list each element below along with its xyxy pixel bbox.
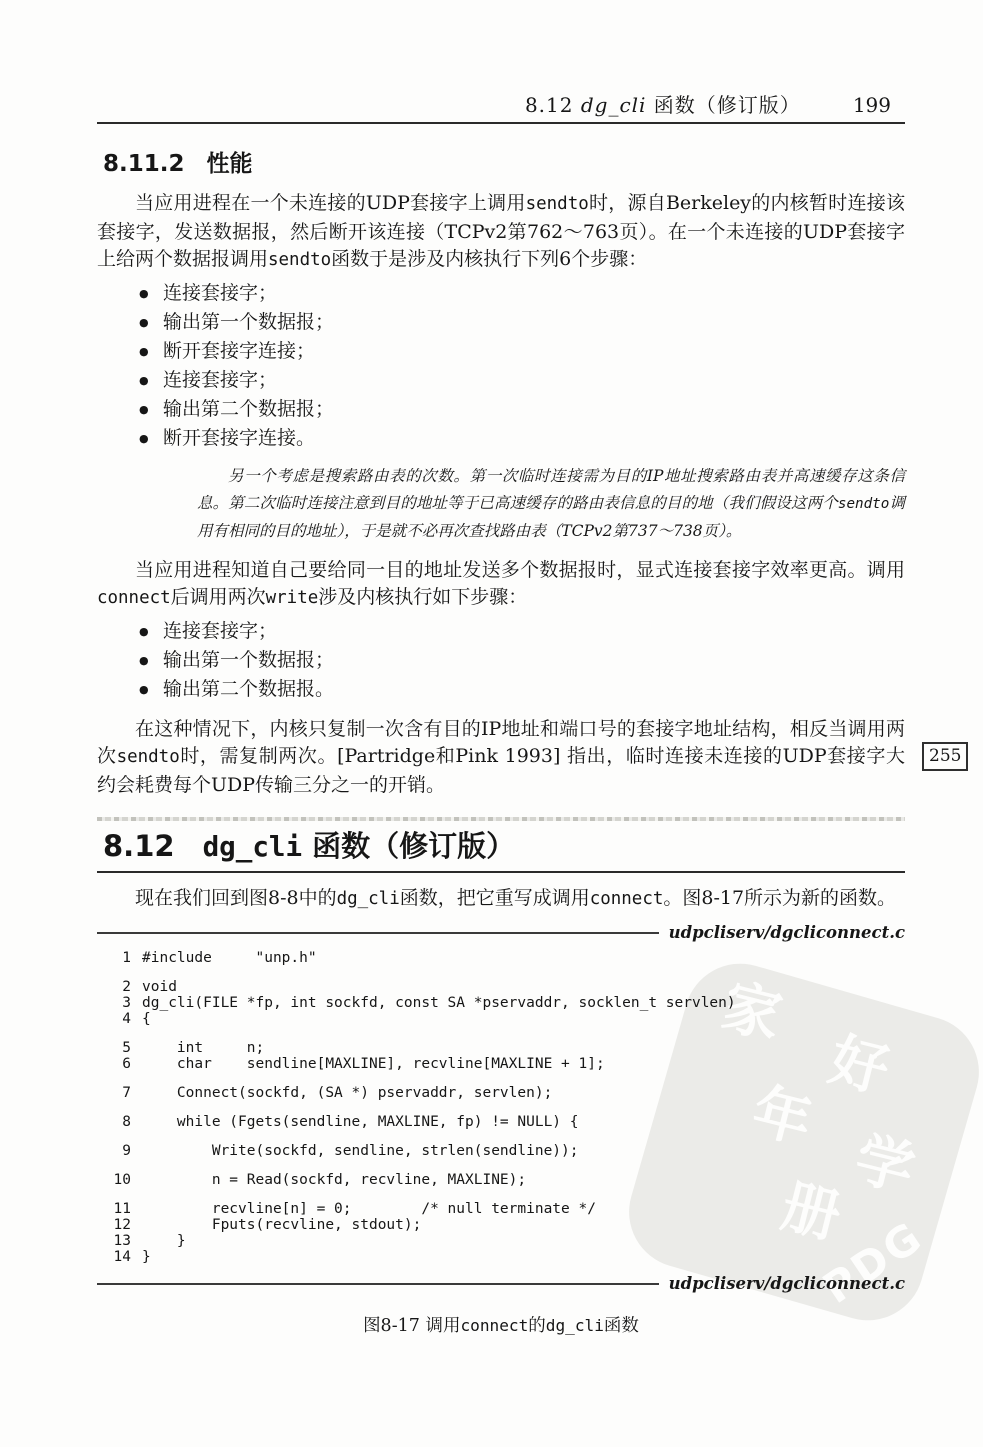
code-line-number: 12	[103, 1217, 131, 1233]
subsection-number: 8.11.2	[103, 150, 185, 178]
bullet-item: 连接套接字；	[139, 617, 905, 646]
text-run: 函数	[604, 1316, 639, 1336]
paragraph-copy-overhead: 在这种情况下，内核只复制一次含有目的IP地址和端口号的套接字地址结构，相反当调用…	[97, 716, 905, 800]
code-line-number: 11	[103, 1201, 131, 1217]
text-run: 函数（修订版）	[302, 829, 515, 863]
text-run: 当应用进程知道自己要给同一目的地址发送多个数据报时，显式连接套接字效率更高。调用	[135, 559, 905, 581]
code-line-text: char sendline[MAXLINE], recvline[MAXLINE…	[142, 1056, 605, 1072]
text-run: 的	[528, 1316, 546, 1336]
code-line: 7 Connect(sockfd, (SA *) pservaddr, serv…	[103, 1085, 905, 1101]
code-line-text: int n;	[142, 1040, 264, 1056]
code-line-number: 14	[103, 1249, 131, 1265]
code-line: 8 while (Fgets(sendline, MAXLINE, fp) !=…	[103, 1114, 905, 1130]
inline-code: connect	[460, 1316, 528, 1335]
code-line: 13 }	[103, 1233, 905, 1249]
text-run: 涉及内核执行如下步骤：	[318, 586, 527, 608]
code-line: 9 Write(sockfd, sendline, strlen(sendlin…	[103, 1143, 905, 1159]
figure-bottom-rule: udpcliserv/dgcliconnect.c	[97, 1274, 905, 1294]
text-run: 当应用进程在一个未连接的UDP套接字上调用	[135, 192, 526, 214]
paragraph-figure-intro: 现在我们回到图8-8中的dg_cli函数，把它重写成调用connect。图8-1…	[97, 885, 905, 914]
code-line-number: 6	[103, 1056, 131, 1072]
inline-code: dg_cli	[546, 1316, 604, 1335]
code-line-text: while (Fgets(sendline, MAXLINE, fp) != N…	[142, 1114, 579, 1130]
running-head-title: 8.12 dg_cli 函数（修订版）	[525, 92, 801, 118]
inline-code: connect	[97, 588, 171, 608]
code-line: 11 recvline[n] = 0; /* null terminate */	[103, 1201, 905, 1217]
code-line-text: void	[142, 979, 177, 995]
margin-page-number: 255	[922, 742, 968, 771]
bullet-item: 连接套接字；	[139, 366, 905, 395]
code-listing: 1#include "unp.h"2void3dg_cli(FILE *fp, …	[103, 950, 905, 1265]
source-file-label-top: udpcliserv/dgcliconnect.c	[669, 923, 905, 943]
code-line-number: 3	[103, 995, 131, 1011]
text-run: 函数于是涉及内核执行下列6个步骤：	[331, 248, 647, 270]
inline-code: sendto	[117, 747, 180, 767]
page-number: 199	[853, 92, 891, 118]
inline-code: sendto	[268, 250, 331, 270]
code-line-number: 2	[103, 979, 131, 995]
code-line: 2void	[103, 979, 905, 995]
text-run: 图8-17 调用	[363, 1316, 460, 1336]
inline-code: dg_cli	[203, 831, 303, 863]
bullet-item: 断开套接字连接；	[139, 337, 905, 366]
running-head: 8.12 dg_cli 函数（修订版） 199	[97, 0, 905, 118]
code-line-text: Connect(sockfd, (SA *) pservaddr, servle…	[142, 1085, 552, 1101]
routing-table-note: 另一个考虑是搜索路由表的次数。第一次临时连接需为目的IP地址搜索路由表并高速缓存…	[197, 463, 905, 545]
paragraph-explicit-connect: 当应用进程知道自己要给同一目的地址发送多个数据报时，显式连接套接字效率更高。调用…	[97, 557, 905, 613]
code-line-text: dg_cli(FILE *fp, int sockfd, const SA *p…	[142, 995, 736, 1011]
three-steps-list: 连接套接字；输出第一个数据报；输出第二个数据报。	[139, 617, 905, 704]
section-number: 8.12	[103, 829, 175, 863]
inline-code: sendto	[526, 194, 589, 214]
figure-caption: 图8-17 调用connect的dg_cli函数	[97, 1314, 905, 1338]
code-line-text: recvline[n] = 0; /* null terminate */	[142, 1201, 596, 1217]
code-line: 10 n = Read(sockfd, recvline, MAXLINE);	[103, 1172, 905, 1188]
subsection-heading-8-11-2: 8.11.2 性能	[103, 150, 905, 178]
code-line-number: 8	[103, 1114, 131, 1130]
code-line-number: 10	[103, 1172, 131, 1188]
text-run: 后调用两次	[171, 586, 266, 608]
bullet-item: 输出第二个数据报。	[139, 675, 905, 704]
source-file-label-bottom: udpcliserv/dgcliconnect.c	[669, 1274, 905, 1294]
text-run: 函数（修订版）	[646, 93, 800, 117]
code-line: 1#include "unp.h"	[103, 950, 905, 966]
code-line-number: 13	[103, 1233, 131, 1249]
code-line-text: }	[142, 1233, 186, 1249]
code-line: 6 char sendline[MAXLINE], recvline[MAXLI…	[103, 1056, 905, 1072]
bullet-item: 断开套接字连接。	[139, 424, 905, 453]
bullet-item: 输出第一个数据报；	[139, 308, 905, 337]
text-run: 另一个考虑是搜索路由表的次数。第一次临时连接需为目的IP地址搜索路由表并高速缓存…	[197, 467, 905, 512]
text-run: 函数，把它重写成调用	[400, 887, 590, 909]
code-line: 4{	[103, 1011, 905, 1027]
section-heading-8-12: 8.12 dg_cli 函数（修订版）	[103, 829, 905, 864]
bullet-item: 输出第二个数据报；	[139, 395, 905, 424]
paragraph-sendto-intro: 当应用进程在一个未连接的UDP套接字上调用sendto时，源自Berkeley的…	[97, 190, 905, 275]
scan-speckle-rule	[97, 817, 905, 821]
code-line-number: 1	[103, 950, 131, 966]
text-run: 现在我们回到图8-8中的	[135, 887, 337, 909]
inline-code: dg_cli	[581, 93, 647, 117]
bullet-item: 输出第一个数据报；	[139, 646, 905, 675]
figure-8-17: udpcliserv/dgcliconnect.c 1#include "unp…	[97, 923, 905, 1338]
page-content: 8.12 dg_cli 函数（修订版） 199 8.11.2 性能 当应用进程在…	[97, 0, 905, 1338]
code-line-text: Fputs(recvline, stdout);	[142, 1217, 421, 1233]
code-line-number: 9	[103, 1143, 131, 1159]
code-line-text: #include "unp.h"	[142, 950, 317, 966]
code-line: 3dg_cli(FILE *fp, int sockfd, const SA *…	[103, 995, 905, 1011]
inline-code: write	[266, 588, 319, 608]
bullet-item: 连接套接字；	[139, 279, 905, 308]
code-line: 14}	[103, 1249, 905, 1265]
inline-code: connect	[590, 889, 664, 909]
rule-line	[97, 932, 659, 934]
code-line-text: n = Read(sockfd, recvline, MAXLINE);	[142, 1172, 526, 1188]
code-line-text: Write(sockfd, sendline, strlen(sendline)…	[142, 1143, 579, 1159]
code-line-number: 4	[103, 1011, 131, 1027]
section-title: dg_cli 函数（修订版）	[203, 829, 516, 864]
figure-top-rule: udpcliserv/dgcliconnect.c	[97, 923, 905, 943]
text-run: 时，需复制两次。[Partridge和Pink 1993] 指出，临时连接未连接…	[97, 745, 905, 796]
inline-code: dg_cli	[337, 889, 400, 909]
code-line: 12 Fputs(recvline, stdout);	[103, 1217, 905, 1233]
running-head-rule	[97, 122, 905, 124]
subsection-title: 性能	[207, 150, 253, 178]
code-line-number: 5	[103, 1040, 131, 1056]
rule-line	[97, 1283, 659, 1285]
section-heading-rule	[97, 871, 905, 873]
six-steps-list: 连接套接字；输出第一个数据报；断开套接字连接；连接套接字；输出第二个数据报；断开…	[139, 279, 905, 453]
code-line-text: }	[142, 1249, 151, 1265]
book-page: 家好年学册 PDG 255 8.12 dg_cli 函数（修订版） 199 8.…	[0, 0, 983, 1447]
text-run: 。图8-17所示为新的函数。	[663, 887, 896, 909]
code-line-number: 7	[103, 1085, 131, 1101]
code-line-text: {	[142, 1011, 151, 1027]
inline-code: sendto	[838, 496, 889, 512]
code-line: 5 int n;	[103, 1040, 905, 1056]
text-run: 8.12	[525, 93, 581, 117]
